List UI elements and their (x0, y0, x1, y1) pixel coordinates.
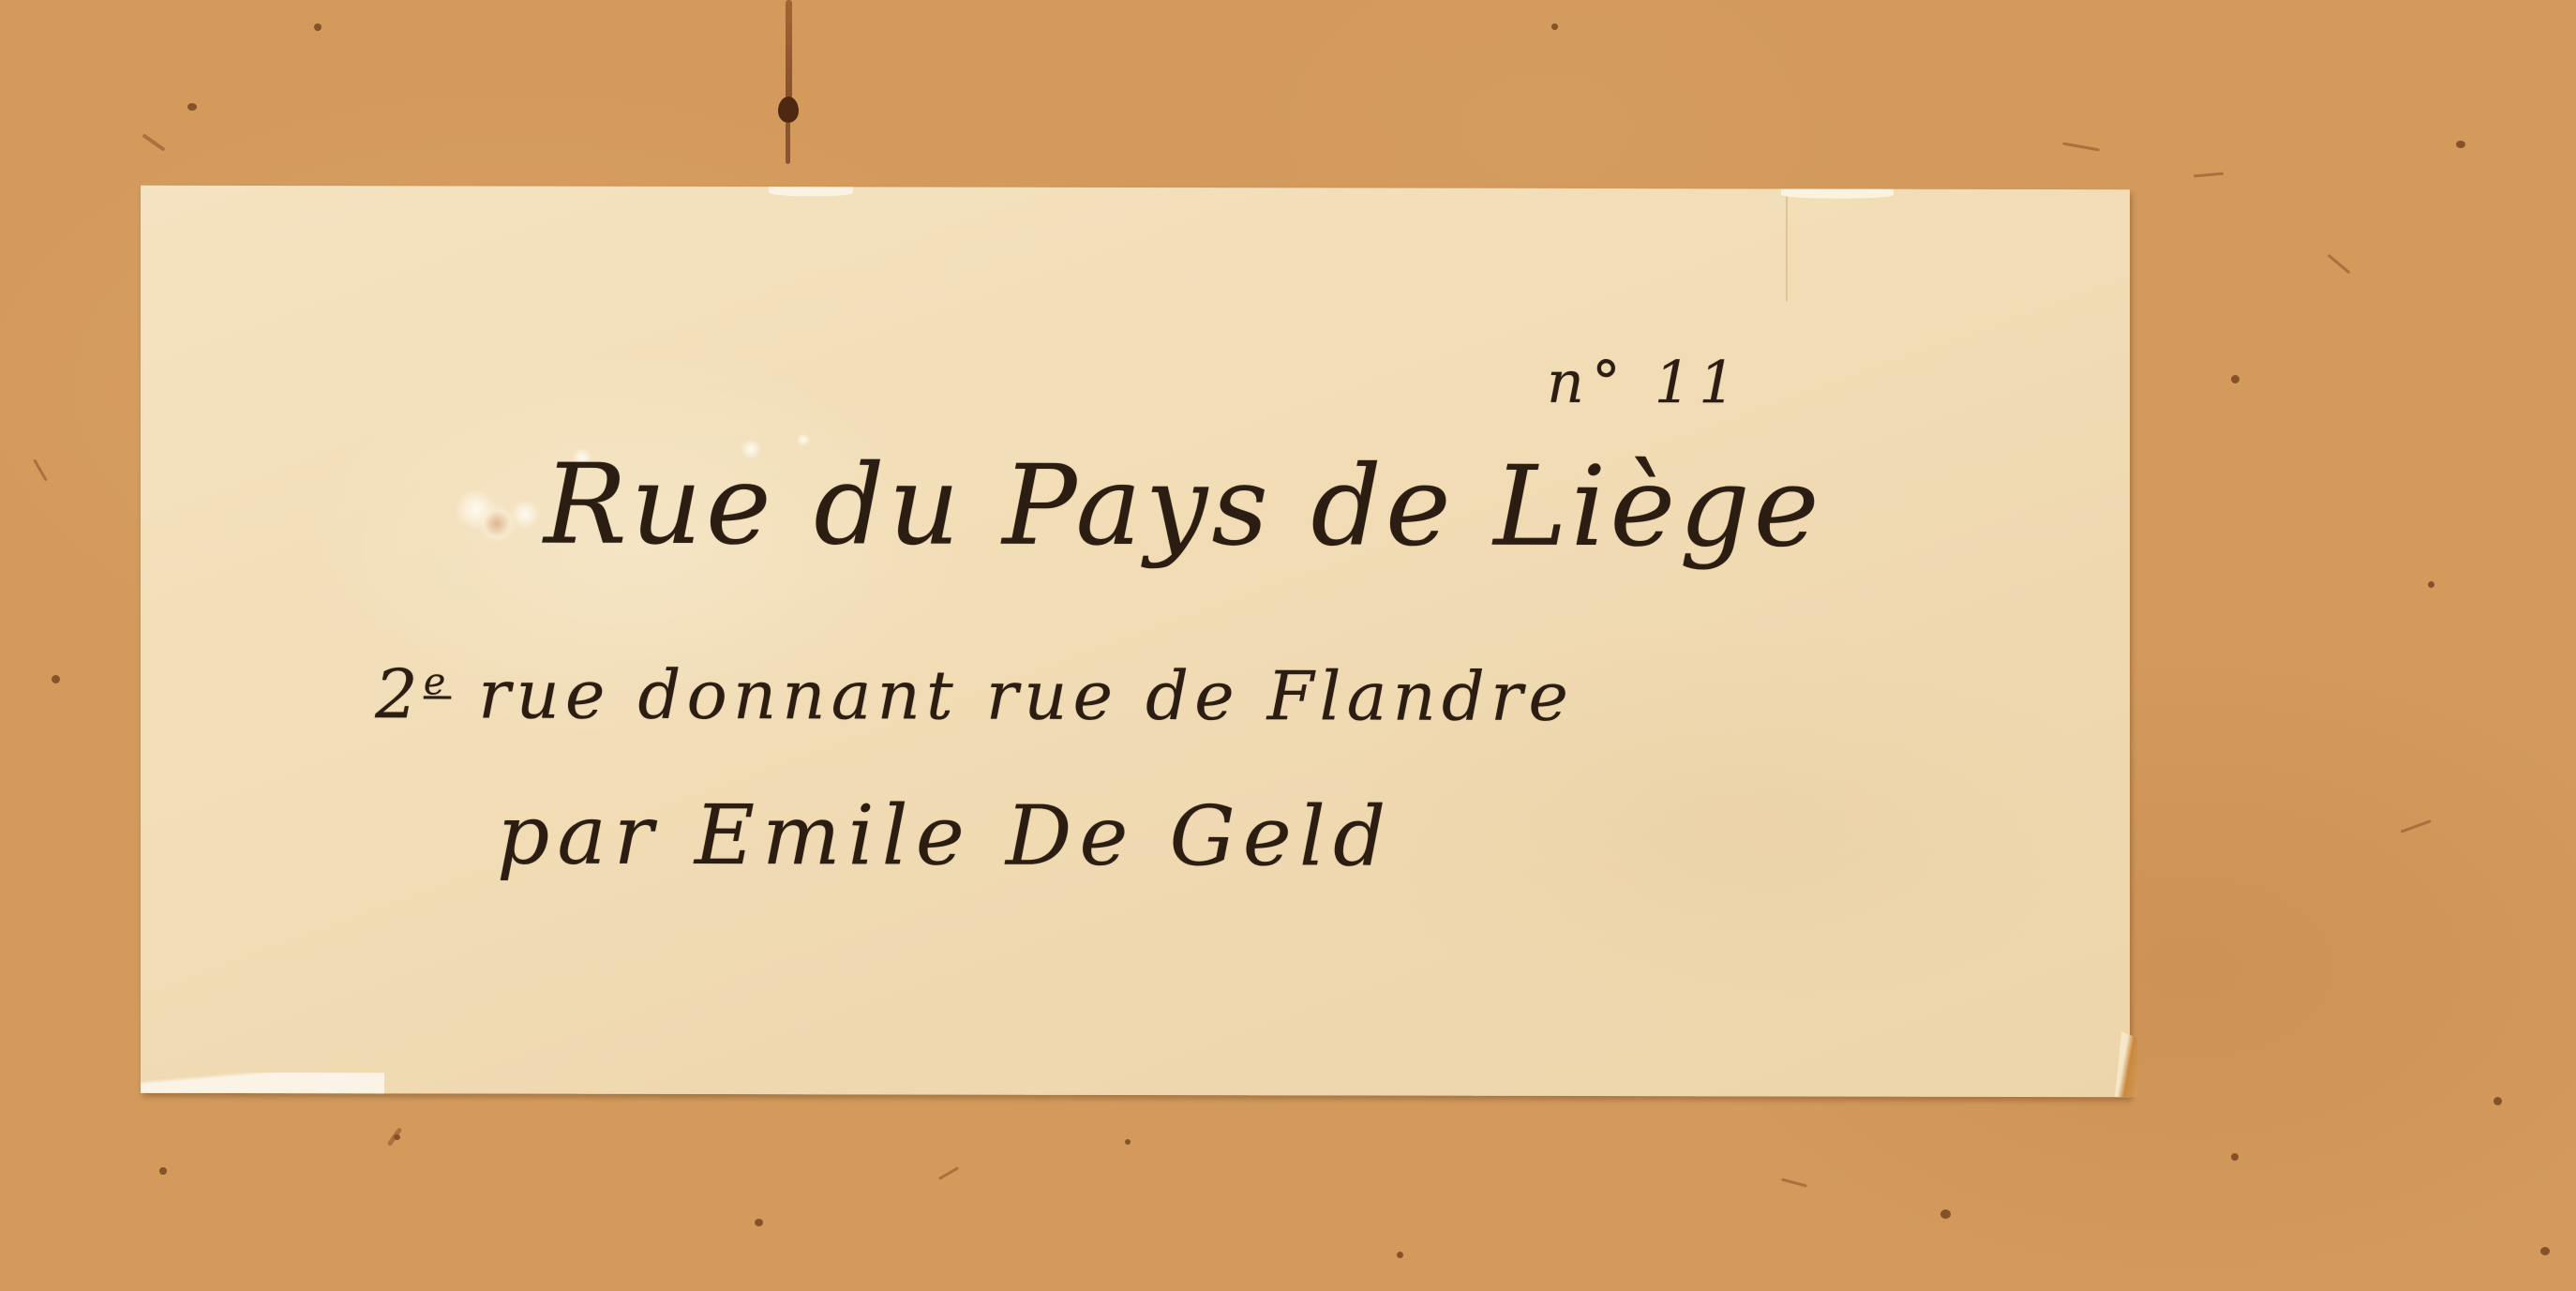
board-fleck (2231, 1153, 2239, 1161)
subtitle-ordinal-suffix: e (424, 660, 451, 703)
paper-crease (1786, 188, 1788, 301)
board-fleck (1397, 1252, 1403, 1258)
board-fiber (2194, 173, 2224, 178)
board-fleck (755, 1219, 763, 1226)
paper-scuff (478, 505, 516, 543)
subtitle-ordinal: 2 (375, 654, 424, 733)
paper-tear-bottom (141, 1073, 384, 1094)
board-fleck (187, 103, 197, 111)
board-fleck (2231, 375, 2239, 383)
board-fiber (33, 458, 48, 481)
board-fiber (938, 1166, 959, 1180)
board-fleck (2540, 1247, 2550, 1255)
paper-scuff (511, 501, 539, 529)
card-number: n° 11 (1547, 348, 1744, 416)
board-fleck (314, 23, 322, 31)
paper-tear (1781, 188, 1894, 198)
board-fleck (159, 1167, 167, 1175)
board-fiber (2328, 254, 2351, 275)
subtitle-text: rue donnant rue de Flandre (451, 654, 1574, 736)
board-fleck (2428, 581, 2434, 588)
board-fleck (1551, 23, 1558, 30)
card-subtitle: 2e rue donnant rue de Flandre (375, 654, 1574, 736)
board-fleck (2456, 141, 2465, 148)
card-title: Rue du Pays de Liège (544, 440, 1823, 572)
board-fiber (2062, 143, 2100, 152)
ink-drip-tail (786, 122, 790, 164)
board-fiber (1781, 1178, 1807, 1187)
board-fleck (52, 675, 60, 683)
board-fleck (1940, 1209, 1951, 1219)
board-fleck (1125, 1139, 1131, 1145)
board-fleck (2494, 1097, 2502, 1105)
paper-corner-fold (2115, 1031, 2137, 1097)
board-fiber (2401, 819, 2432, 833)
paper-tear (769, 187, 853, 196)
ink-drip-stain (786, 0, 792, 98)
ink-drip-blob (778, 97, 799, 123)
board-fiber (142, 133, 165, 151)
card-author-signature: par Emile De Geld (497, 787, 1393, 885)
handwritten-label-card: n° 11 Rue du Pays de Liège 2e rue donnan… (141, 186, 2130, 1097)
